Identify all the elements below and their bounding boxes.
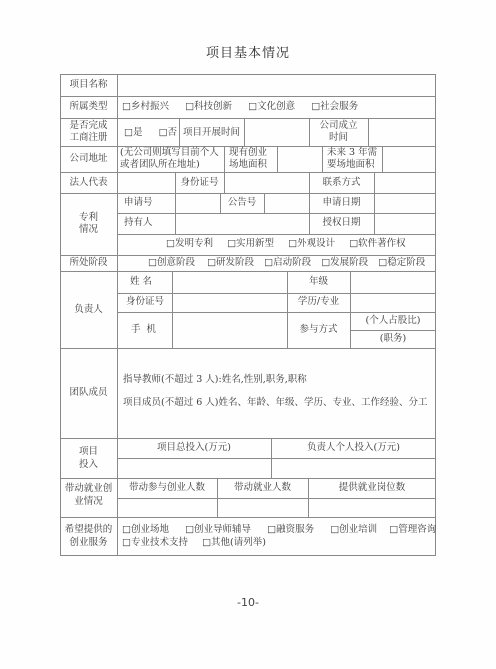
position-field[interactable]: (职务) — [350, 333, 436, 345]
stage-startup-checkbox[interactable]: 启动阶段 — [264, 257, 311, 268]
leader-label: 负责人 — [60, 304, 117, 316]
founded-label-2: 时间 — [309, 132, 368, 144]
category-checkbox-rural[interactable]: 乡村振兴 — [122, 101, 169, 112]
service-financing-checkbox[interactable]: 融资服务 — [267, 524, 314, 535]
row-divider — [117, 234, 436, 235]
app-date-field[interactable] — [375, 194, 435, 213]
service-consulting-checkbox[interactable]: 管理咨询 — [389, 524, 436, 535]
legal-rep-field[interactable] — [118, 173, 174, 193]
patent-utility-checkbox[interactable]: 实用新型 — [227, 238, 274, 249]
team-label: 团队成员 — [60, 387, 117, 399]
total-investment-field[interactable] — [118, 459, 270, 478]
pub-no-field[interactable] — [265, 194, 308, 213]
patent-label-1: 专利 — [60, 212, 117, 224]
services-label-2: 创业服务 — [60, 537, 117, 549]
advisor-instructions[interactable]: 指导教师(不超过 3 人):姓名,性别,职务,职称 — [123, 374, 307, 386]
leader-id-label: 身份证号 — [126, 296, 164, 308]
current-area-label-1: 现有创业 — [229, 147, 267, 159]
patent-label-2: 情况 — [60, 224, 117, 236]
personal-investment-field[interactable] — [272, 459, 435, 478]
entrepreneurs-label: 带动参与创业人数 — [117, 482, 217, 494]
current-area-label-2: 场地面积 — [229, 159, 267, 171]
holder-label: 持有人 — [124, 217, 153, 229]
row-divider — [350, 330, 436, 331]
service-space-checkbox[interactable]: 创业场地 — [122, 524, 169, 535]
registration-label-1: 是否完成 — [60, 120, 117, 132]
leader-name-field[interactable] — [173, 272, 286, 293]
stage-label: 所处阶段 — [60, 257, 117, 269]
employment-label-2: 业情况 — [60, 496, 117, 508]
stage-stable-checkbox[interactable]: 稳定阶段 — [378, 257, 425, 268]
legal-id-label: 身份证号 — [175, 177, 224, 189]
share-field[interactable]: (个人占股比) — [350, 315, 436, 327]
members-instructions[interactable]: 项目成员(不超过 6 人)姓名、年龄、年级、学历、专业、工作经验、分工 — [123, 397, 428, 409]
employment-label-1: 带动就业创 — [60, 483, 117, 495]
stage-idea-checkbox[interactable]: 创意阶段 — [148, 257, 195, 268]
pub-no-label: 公告号 — [220, 197, 264, 209]
investment-label-1: 项目 — [60, 446, 117, 458]
app-no-field[interactable] — [176, 194, 219, 213]
address-hint-2: 或者团队所在地址) — [120, 159, 200, 171]
service-training-checkbox[interactable]: 创业培训 — [330, 524, 377, 535]
patent-invention-checkbox[interactable]: 发明专利 — [166, 238, 213, 249]
col-divider — [224, 146, 225, 172]
app-date-label: 申请日期 — [309, 197, 374, 209]
contact-field[interactable] — [375, 173, 435, 193]
address-label: 公司地址 — [60, 153, 117, 165]
grant-date-label: 授权日期 — [309, 217, 374, 229]
future-area-label-1: 未来 3 年需 — [327, 147, 377, 159]
stage-growth-checkbox[interactable]: 发展阶段 — [321, 257, 368, 268]
grade-field[interactable] — [351, 272, 435, 293]
start-time-field[interactable] — [245, 119, 308, 146]
jobs-field[interactable] — [309, 499, 435, 517]
future-area-field[interactable] — [383, 147, 435, 172]
entrepreneurs-field[interactable] — [118, 499, 216, 517]
phone-label: 手 机 — [131, 324, 156, 336]
category-label: 所属类型 — [60, 101, 117, 113]
leader-id-field[interactable] — [173, 294, 286, 312]
employed-label: 带动就业人数 — [217, 482, 308, 494]
page-title: 项目基本情况 — [0, 42, 496, 61]
contact-label: 联系方式 — [309, 177, 374, 189]
participation-label: 参与方式 — [287, 324, 350, 336]
employed-field[interactable] — [218, 499, 307, 517]
project-name-field[interactable] — [119, 76, 434, 96]
registration-label-2: 工商注册 — [60, 132, 117, 144]
investment-label-2: 投入 — [60, 459, 117, 471]
category-checkbox-social[interactable]: 社会服务 — [311, 101, 358, 112]
current-area-field[interactable] — [278, 147, 321, 172]
patent-design-checkbox[interactable]: 外观设计 — [288, 238, 335, 249]
stage-rd-checkbox[interactable]: 研发阶段 — [207, 257, 254, 268]
jobs-label: 提供就业岗位数 — [308, 482, 436, 494]
page-number: -10- — [0, 596, 496, 609]
patent-software-checkbox[interactable]: 软件著作权 — [349, 238, 406, 249]
services-label-1: 希望提供的 — [60, 524, 117, 536]
col-divider — [322, 146, 323, 172]
legal-rep-label: 法人代表 — [60, 177, 117, 189]
address-hint-1: (无公司则填写目前个人 — [120, 147, 219, 159]
service-other-checkbox[interactable]: 其他(请列举) — [202, 537, 266, 548]
start-time-label: 项目开展时间 — [179, 127, 244, 139]
founded-time-field[interactable] — [369, 119, 435, 146]
founded-label-1: 公司成立 — [309, 120, 368, 132]
app-no-label: 申请号 — [124, 197, 153, 209]
grade-label: 年级 — [287, 276, 350, 288]
service-tech-support-checkbox[interactable]: 专业技术支持 — [122, 537, 188, 548]
holder-field[interactable] — [176, 214, 308, 234]
education-field[interactable] — [351, 294, 435, 312]
future-area-label-2: 要场地面积 — [327, 159, 375, 171]
phone-field[interactable] — [173, 313, 286, 348]
service-mentor-checkbox[interactable]: 创业导师辅导 — [185, 524, 251, 535]
personal-investment-label: 负责人个人投入(万元) — [271, 442, 436, 454]
project-name-label: 项目名称 — [60, 79, 117, 91]
category-checkbox-culture[interactable]: 文化创意 — [248, 101, 295, 112]
education-label: 学历/专业 — [287, 296, 350, 308]
registered-yes-checkbox[interactable]: 是 — [124, 127, 143, 138]
registered-no-checkbox[interactable]: 否 — [159, 127, 178, 138]
legal-id-field[interactable] — [225, 173, 308, 193]
leader-name-label: 姓 名 — [130, 276, 152, 288]
total-investment-label: 项目总投入(万元) — [117, 442, 271, 454]
category-checkbox-tech[interactable]: 科技创新 — [185, 101, 232, 112]
grant-date-field[interactable] — [375, 214, 435, 234]
